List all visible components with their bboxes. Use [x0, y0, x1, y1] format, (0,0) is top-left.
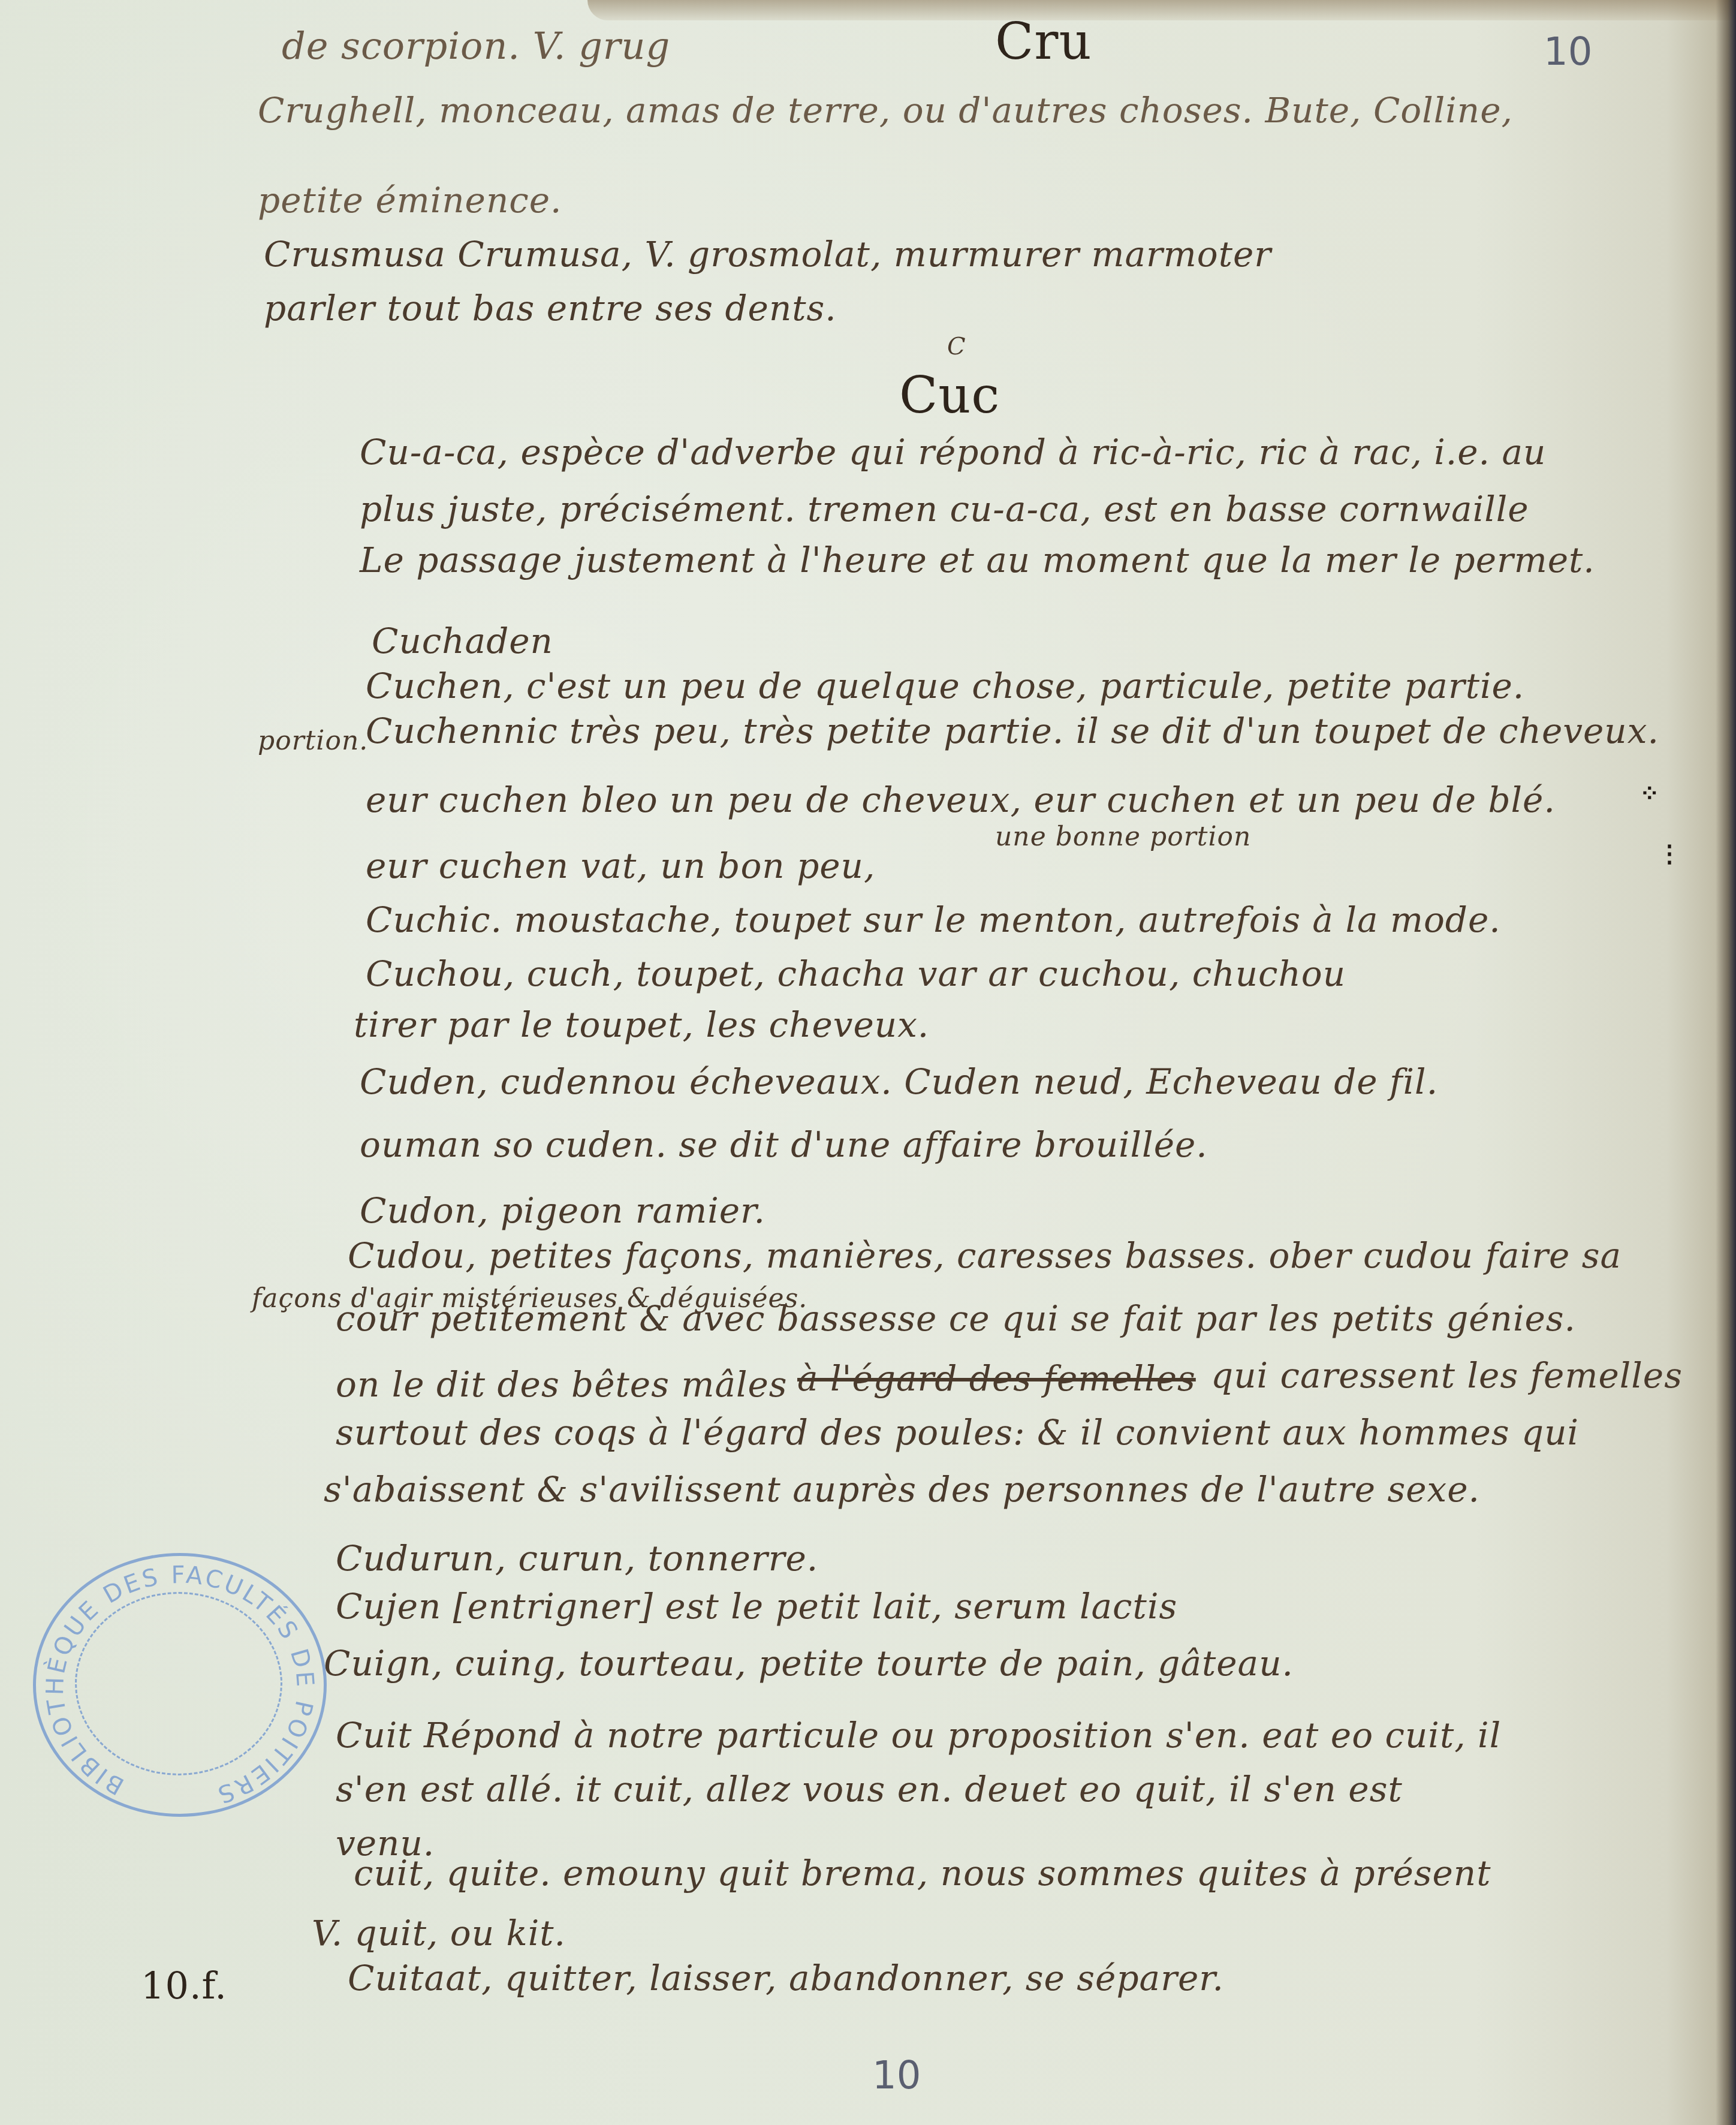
line-16: Cuchou, cuch, toupet, chacha var ar cuch… [366, 953, 1346, 994]
stamp-text-ring: BIBLIOTHÈQUE DES FACULTÉS DE POITIERS [36, 1556, 324, 1814]
margin-note: 10.f. [141, 1964, 227, 2007]
folio-number-top: 10 [1544, 30, 1592, 74]
line-31: s'en est allé. it cuit, allez vous en. d… [336, 1769, 1403, 1810]
line-1: de scorpion. V. grug [282, 24, 670, 68]
line-35: Cuitaat, quitter, laisser, abandonner, s… [348, 1958, 1224, 1998]
section-heading-cru: Cru [995, 12, 1092, 71]
line-26: s'abaissent & s'avilissent auprès des pe… [324, 1469, 1480, 1510]
line-14-insert: une bonne portion [995, 821, 1251, 852]
line-14: eur cuchen vat, un bon peu, [366, 845, 875, 886]
line-13: eur cuchen bleo un peu de cheveux, eur c… [366, 779, 1556, 820]
folio-number-bottom: 10 [872, 2054, 921, 2098]
line-9: Cuchaden [372, 621, 553, 661]
line-12: Cuchennic très peu, très petite partie. … [366, 711, 1659, 751]
line-10: Cuchen, c'est un peu de quelque chose, p… [366, 666, 1524, 706]
stamp-text: BIBLIOTHÈQUE DES FACULTÉS DE POITIERS [41, 1561, 319, 1809]
line-33: cuit, quite. emouny quit brema, nous som… [354, 1853, 1491, 1894]
line-17: tirer par le toupet, les cheveux. [354, 1004, 929, 1045]
line-8: Le passage justement à l'heure et au mom… [360, 540, 1595, 580]
binding-edge [1716, 0, 1736, 2125]
line-28: Cujen [entrigner] est le petit lait, ser… [336, 1586, 1177, 1627]
line-34: V. quit, ou kit. [312, 1913, 566, 1954]
line-24c: qui caressent les femelles [1211, 1355, 1683, 1396]
line-18: Cuden, cudennou écheveaux. Cuden neud, E… [360, 1061, 1438, 1102]
ink-mark: ⋮ [1657, 839, 1681, 868]
line-27: Cudurun, curun, tonnerre. [336, 1538, 818, 1579]
line-2: Crughell, monceau, amas de terre, ou d'a… [258, 90, 1513, 131]
line-29: Cuign, cuing, tourteau, petite tourte de… [324, 1643, 1294, 1684]
library-stamp: BIBLIOTHÈQUE DES FACULTÉS DE POITIERS [33, 1553, 327, 1817]
manuscript-page: de scorpion. V. grug Cru 10 Crughell, mo… [0, 0, 1736, 2125]
section-mark: C [947, 333, 966, 360]
water-stain [587, 0, 1736, 20]
line-15: Cuchic. moustache, toupet sur le menton,… [366, 899, 1501, 940]
line-6: Cu-a-ca, espèce d'adverbe qui répond à r… [360, 432, 1546, 472]
line-11: portion. [258, 726, 368, 756]
line-23: cour petitement & avec bassesse ce qui s… [336, 1298, 1576, 1339]
line-7: plus juste, précisément. tremen cu-a-ca,… [360, 489, 1529, 529]
svg-text:BIBLIOTHÈQUE DES FACULTÉS DE P: BIBLIOTHÈQUE DES FACULTÉS DE POITIERS [41, 1561, 319, 1809]
section-heading-cuc: Cuc [899, 366, 1000, 425]
line-24a: on le dit des bêtes mâles [336, 1364, 788, 1405]
line-20: Cudon, pigeon ramier. [360, 1190, 765, 1231]
line-5: parler tout bas entre ses dents. [264, 288, 837, 329]
line-3: petite éminence. [258, 180, 562, 221]
line-4: Crusmusa Crumusa, V. grosmolat, murmurer… [264, 234, 1271, 275]
ink-mark: ⁘ [1639, 779, 1660, 808]
line-19: ouman so cuden. se dit d'une affaire bro… [360, 1124, 1208, 1165]
line-25: surtout des coqs à l'égard des poules: &… [336, 1412, 1579, 1453]
line-30: Cuit Répond à notre particule ou proposi… [336, 1715, 1501, 1756]
line-21: Cudou, petites façons, manières, caresse… [348, 1235, 1622, 1276]
line-24-struck: à l'égard des femelles [797, 1358, 1196, 1399]
